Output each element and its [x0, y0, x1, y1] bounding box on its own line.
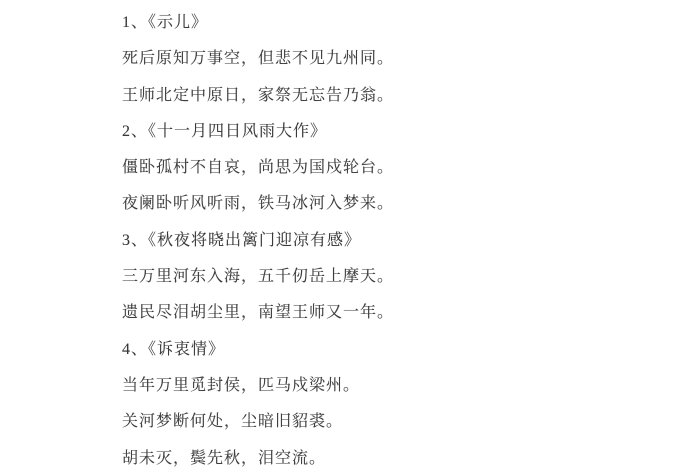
poem-1-title: 1、《示儿》	[122, 5, 682, 41]
poem-2-title: 2、《十一月四日风雨大作》	[122, 114, 682, 150]
poem-3-line-1: 三万里河东入海，五千仞岳上摩天。	[122, 259, 682, 295]
poem-3-title: 3、《秋夜将晓出篱门迎凉有感》	[122, 223, 682, 259]
poem-1-line-2: 王师北定中原日，家祭无忘告乃翁。	[122, 78, 682, 114]
poem-list: 1、《示儿》 死后原知万事空，但悲不见九州同。 王师北定中原日，家祭无忘告乃翁。…	[122, 5, 682, 470]
poem-1-line-1: 死后原知万事空，但悲不见九州同。	[122, 41, 682, 77]
poem-4-line-3: 胡未灭，鬓先秋，泪空流。	[122, 441, 682, 470]
poem-2-line-2: 夜阑卧听风听雨，铁马冰河入梦来。	[122, 186, 682, 222]
poem-3-line-2: 遗民尽泪胡尘里，南望王师又一年。	[122, 295, 682, 331]
poem-2-line-1: 僵卧孤村不自哀，尚思为国戍轮台。	[122, 150, 682, 186]
poem-4-line-1: 当年万里觅封侯，匹马戍梁州。	[122, 368, 682, 404]
poem-4-title: 4、《诉衷情》	[122, 332, 682, 368]
document-page: 1、《示儿》 死后原知万事空，但悲不见九州同。 王师北定中原日，家祭无忘告乃翁。…	[0, 0, 700, 470]
poem-4-line-2: 关河梦断何处，尘暗旧貂裘。	[122, 404, 682, 440]
